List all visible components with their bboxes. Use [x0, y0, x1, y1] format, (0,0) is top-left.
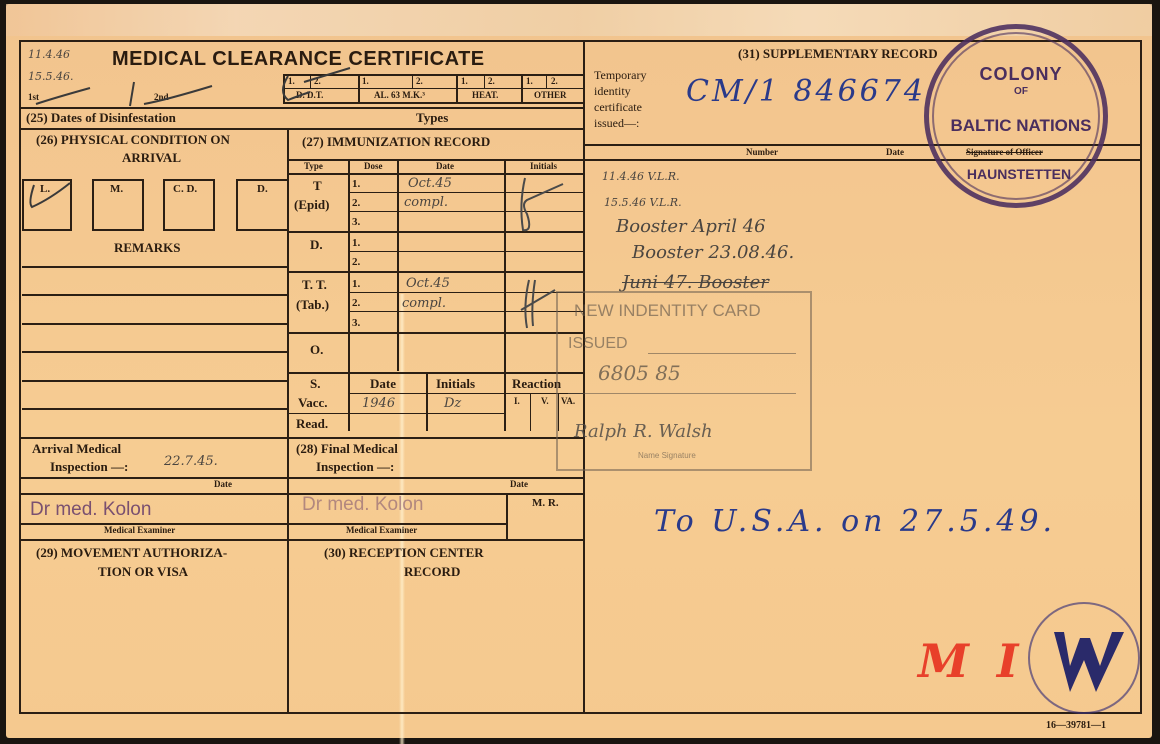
arrival-examiner-label: Medical Examiner	[104, 525, 175, 535]
type-heat: HEAT.	[472, 90, 498, 100]
emigration-note: To U.S.A. on 27.5.49.	[654, 504, 1056, 539]
reception-label-1: (30) RECEPTION CENTER	[324, 545, 484, 561]
other-col-2: 2.	[551, 76, 558, 86]
colony-stamp-line2: OF	[996, 86, 1046, 97]
dose: 1.	[352, 178, 360, 190]
temp-id-label-4: issued—:	[594, 116, 639, 131]
al63-col-2: 2.	[416, 76, 423, 86]
colony-stamp-line4: HAUNSTETTEN	[954, 166, 1084, 182]
type-epid: (Epid)	[294, 197, 329, 213]
check-mark-ddt	[274, 66, 354, 106]
remarks-label: REMARKS	[114, 240, 180, 256]
t-epid-date-1: Oct.45	[408, 176, 452, 191]
section-29-top	[19, 539, 585, 541]
smallpox-date-header: Date	[370, 376, 396, 392]
remarks-line-4	[22, 351, 287, 353]
t-epid-date-2: compl.	[404, 195, 448, 210]
smallpox-vacc-line	[350, 413, 504, 414]
imm-group-line	[287, 271, 585, 273]
id-card-stamp-issued: ISSUED	[568, 335, 628, 353]
checkbox-m-label: M.	[110, 183, 123, 195]
temp-id-value: CM/1 846674	[686, 74, 926, 109]
id-card-line-2	[568, 393, 796, 394]
heat-col-2: 2.	[488, 76, 495, 86]
arrival-date-value: 22.7.45.	[164, 454, 218, 469]
supp-note-3: Booster April 46	[616, 216, 766, 237]
smallpox-s: S.	[310, 376, 320, 392]
checkbox-d[interactable]: D.	[236, 179, 289, 231]
immunization-label: (27) IMMUNIZATION RECORD	[302, 134, 490, 150]
remarks-line-5	[22, 380, 287, 382]
id-card-signature: Ralph R. Walsh	[574, 421, 713, 442]
arrival-date-label: Date	[214, 479, 232, 489]
certificate-card: 11.4.46 MEDICAL CLEARANCE CERTIFICATE 15…	[6, 4, 1152, 738]
remarks-line-6	[22, 408, 287, 410]
smallpox-line	[287, 413, 350, 414]
smallpox-header-line	[350, 393, 585, 394]
dose: 1.	[352, 237, 360, 249]
dose: 2.	[352, 297, 360, 309]
disinfestation-date-2: 15.5.46.	[28, 70, 73, 83]
check-mark-l	[26, 181, 72, 211]
types-label: Types	[416, 110, 448, 126]
reaction-v: V.	[541, 396, 549, 406]
id-card-stamp-title: NEW INDENTITY CARD	[574, 301, 761, 321]
temp-id-label-1: Temporary	[594, 68, 646, 83]
type-d: D.	[310, 237, 323, 253]
final-examiner-label: Medical Examiner	[346, 525, 417, 535]
smallpox-v2	[504, 372, 506, 431]
mr-label: M. R.	[532, 497, 559, 509]
col-date: Date	[436, 161, 454, 171]
header-divider	[19, 107, 585, 109]
heat-col-1: 1.	[461, 76, 468, 86]
reception-label-2: RECORD	[404, 564, 460, 580]
imm-group-line	[287, 372, 585, 374]
col-initials: Initials	[530, 161, 557, 171]
movement-label-1: (29) MOVEMENT AUTHORIZA-	[36, 545, 227, 561]
red-mark: M I	[918, 634, 1024, 688]
w-stamp-icon	[1052, 630, 1126, 694]
arrival-label-1: Arrival Medical	[32, 441, 121, 457]
type-tab: (Tab.)	[296, 297, 329, 313]
smallpox-read: Read.	[296, 416, 328, 432]
col-date-label: Date	[886, 147, 904, 157]
supp-note-2: 15.5.46 V.L.R.	[604, 196, 682, 209]
section-26-top	[19, 128, 585, 130]
smallpox-initials: Dz	[444, 396, 461, 411]
col-number-label: Number	[746, 147, 778, 157]
id-card-line-1	[648, 353, 796, 354]
dose: 3.	[352, 317, 360, 329]
dose: 2.	[352, 256, 360, 268]
check-mark-first	[34, 84, 94, 106]
checkbox-d-label: D.	[257, 183, 268, 195]
checkbox-m[interactable]: M.	[92, 179, 144, 231]
colony-stamp-line1: COLONY	[966, 64, 1076, 85]
checkbox-cd[interactable]: C. D.	[163, 179, 215, 231]
tt-tab-date-2: compl.	[402, 296, 446, 311]
imm-group-line	[287, 332, 585, 334]
id-card-stamp: NEW INDENTITY CARD ISSUED 6805 85 Ralph …	[556, 291, 812, 471]
examiner-row-line	[19, 523, 506, 525]
final-label-2: Inspection —:	[316, 459, 394, 475]
smallpox-initials-header: Initials	[436, 376, 475, 392]
dose: 3.	[352, 216, 360, 228]
dose: 2.	[352, 197, 360, 209]
types-grid-v2	[456, 74, 458, 104]
final-date-label: Date	[510, 479, 528, 489]
imm-v-type	[348, 159, 350, 431]
movement-label-2: TION OR VISA	[98, 564, 188, 580]
form-number: 16—39781—1	[1046, 720, 1106, 731]
smallpox-v1	[426, 372, 428, 431]
type-tt: T. T.	[302, 277, 327, 293]
final-label-1: (28) Final Medical	[296, 441, 398, 457]
id-card-caption: Name Signature	[638, 451, 696, 460]
types-grid-sub2	[412, 74, 413, 88]
type-t: T	[313, 178, 322, 194]
physical-condition-label-2: ARRIVAL	[122, 150, 181, 166]
temp-id-label-3: certificate	[594, 100, 642, 115]
dose: 1.	[352, 278, 360, 290]
smallpox-vacc: Vacc.	[298, 395, 328, 411]
date-row-top	[19, 477, 585, 479]
type-other: OTHER	[534, 90, 567, 100]
col-type: Type	[304, 161, 323, 171]
other-col-1: 1.	[526, 76, 533, 86]
remarks-line-1	[22, 266, 287, 268]
t-epid-initials	[511, 174, 571, 236]
colony-stamp-line3: BALTIC NATIONS	[930, 116, 1112, 136]
types-grid-sub4	[546, 74, 547, 88]
types-grid-v3	[521, 74, 523, 104]
final-examiner-stamp: Dr med. Kolon	[302, 494, 423, 516]
col-dose: Dose	[364, 161, 383, 171]
imm-v-dose	[397, 159, 399, 371]
smallpox-date: 1946	[362, 396, 395, 411]
checkbox-l[interactable]: L.	[22, 179, 72, 231]
remarks-line-2	[22, 294, 287, 296]
disinfestation-label: (25) Dates of Disinfestation	[26, 110, 176, 126]
supplementary-label: (31) SUPPLEMENTARY RECORD	[738, 46, 938, 62]
tt-tab-date-1: Oct.45	[406, 276, 450, 291]
arrival-examiner-stamp: Dr med. Kolon	[30, 499, 151, 521]
supp-note-1: 11.4.46 V.L.R.	[602, 170, 680, 183]
supp-note-5: Juni 47. Booster	[622, 272, 769, 293]
remarks-line-3	[22, 323, 287, 325]
types-grid-sub3	[484, 74, 485, 88]
reaction-v1	[530, 393, 531, 431]
types-grid-v1	[358, 74, 360, 104]
al63-col-1: 1.	[362, 76, 369, 86]
arrival-label-2: Inspection —:	[50, 459, 128, 475]
tt-tab-initials	[511, 276, 561, 332]
mr-divider	[506, 493, 508, 539]
checkbox-cd-label: C. D.	[173, 183, 197, 195]
disinfestation-date-1: 11.4.46	[28, 48, 70, 61]
temp-id-label-2: identity	[594, 84, 631, 99]
imm-row-line	[348, 251, 585, 252]
type-al63: AL. 63 M.K.³	[374, 90, 425, 100]
physical-condition-label-1: (26) PHYSICAL CONDITION ON	[36, 132, 230, 148]
section-28-top	[19, 437, 585, 439]
id-card-number: 6805 85	[598, 361, 681, 385]
type-o: O.	[310, 342, 323, 358]
check-mark-second	[126, 80, 216, 108]
smallpox-reaction-header: Reaction	[512, 376, 561, 392]
reaction-i: I.	[514, 396, 520, 406]
supp-note-4: Booster 23.08.46.	[632, 242, 794, 263]
